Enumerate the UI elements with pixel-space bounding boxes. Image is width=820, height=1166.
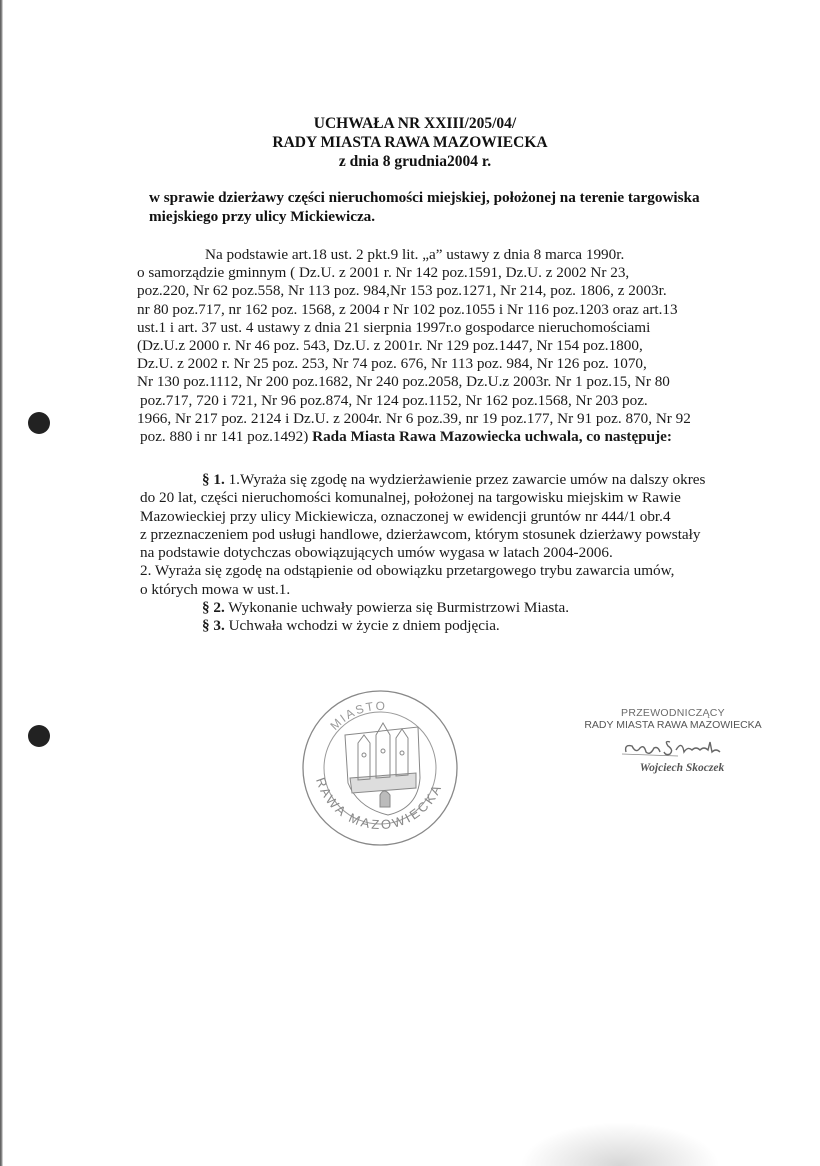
legal-basis-text: poz. 880 i nr 141 poz.1492): [140, 428, 312, 445]
council-name: RADY MIASTA RAWA MAZOWIECKA: [0, 133, 820, 152]
section-2-line: § 2. Wykonanie uchwały powierza się Burm…: [140, 599, 790, 617]
enacting-clause: Rada Miasta Rawa Mazowiecka uchwala, co …: [312, 428, 672, 445]
legal-basis-line: Nr 130 poz.1112, Nr 200 poz.1682, Nr 240…: [137, 373, 787, 391]
legal-basis-line: poz.717, 720 i 721, Nr 96 poz.874, Nr 12…: [137, 392, 787, 410]
subject-line: w sprawie dzierżawy części nieruchomości…: [149, 188, 769, 207]
legal-basis-paragraph: Na podstawie art.18 ust. 2 pkt.9 lit. „a…: [137, 246, 787, 446]
sections: § 1. 1.Wyraża się zgodę na wydzierżawien…: [140, 471, 790, 636]
section-2-text: Wykonanie uchwały powierza się Burmistrz…: [225, 599, 569, 616]
city-seal-stamp: MIASTO RAWA MAZOWIECKA: [300, 683, 460, 853]
section-3-line: § 3. Uchwała wchodzi w życie z dniem pod…: [140, 617, 790, 635]
section-1-line: na podstawie dotychczas obowiązujących u…: [140, 544, 790, 562]
legal-basis-line: 1966, Nr 217 poz. 2124 i Dz.U. z 2004r. …: [137, 410, 787, 428]
section-1-line: o których mowa w ust.1.: [140, 581, 790, 599]
scan-edge-shadow: [0, 0, 3, 1166]
legal-basis-line: (Dz.U.z 2000 r. Nr 46 poz. 543, Dz.U. z …: [137, 337, 787, 355]
signatory-organization: RADY MIASTA RAWA MAZOWIECKA: [553, 719, 793, 732]
legal-basis-line: poz.220, Nr 62 poz.558, Nr 113 poz. 984,…: [137, 282, 787, 300]
legal-basis-line: poz. 880 i nr 141 poz.1492) Rada Miasta …: [137, 428, 787, 446]
legal-basis-line: ust.1 i art. 37 ust. 4 ustawy z dnia 21 …: [137, 319, 787, 337]
section-1-line: Mazowieckiej przy ulicy Mickiewicza, ozn…: [140, 508, 790, 526]
subject-line: miejskiego przy ulicy Mickiewicza.: [149, 207, 769, 226]
section-1-line: do 20 lat, części nieruchomości komunaln…: [140, 489, 790, 507]
punch-hole-icon: [28, 412, 50, 434]
resolution-header: UCHWAŁA NR XXIII/205/04/ RADY MIASTA RAW…: [0, 114, 820, 171]
signatory-name: Wojciech Skoczek: [553, 762, 793, 774]
resolution-number: UCHWAŁA NR XXIII/205/04/: [0, 114, 820, 133]
resolution-date: z dnia 8 grudnia2004 r.: [0, 152, 820, 171]
legal-basis-line: nr 80 poz.717, nr 162 poz. 1568, z 2004 …: [137, 301, 787, 319]
section-1-line: § 1. 1.Wyraża się zgodę na wydzierżawien…: [140, 471, 790, 489]
resolution-subject: w sprawie dzierżawy części nieruchomości…: [149, 188, 769, 226]
section-1-line: 2. Wyraża się zgodę na odstąpienie od ob…: [140, 562, 790, 580]
section-2-label: § 2.: [202, 599, 225, 616]
legal-basis-line: Dz.U. z 2002 r. Nr 25 poz. 253, Nr 74 po…: [137, 355, 787, 373]
section-1-text: 1.Wyraża się zgodę na wydzierżawienie pr…: [225, 471, 706, 488]
scan-smudge: [520, 1122, 720, 1166]
legal-basis-line: Na podstawie art.18 ust. 2 pkt.9 lit. „a…: [137, 246, 787, 264]
handwritten-signature-icon: [618, 734, 728, 760]
punch-hole-icon: [28, 725, 50, 747]
scanned-document-page: UCHWAŁA NR XXIII/205/04/ RADY MIASTA RAW…: [0, 0, 820, 1166]
coat-of-arms-castle-icon: [345, 723, 420, 815]
section-3-label: § 3.: [202, 617, 225, 634]
signature-block: PRZEWODNICZĄCY RADY MIASTA RAWA MAZOWIEC…: [553, 707, 793, 774]
section-3-text: Uchwała wchodzi w życie z dniem podjęcia…: [225, 617, 500, 634]
legal-basis-line: o samorządzie gminnym ( Dz.U. z 2001 r. …: [137, 264, 787, 282]
section-1-label: § 1.: [202, 471, 225, 488]
section-1-line: z przeznaczeniem pod usługi handlowe, dz…: [140, 526, 790, 544]
signatory-title: PRZEWODNICZĄCY: [553, 707, 793, 719]
